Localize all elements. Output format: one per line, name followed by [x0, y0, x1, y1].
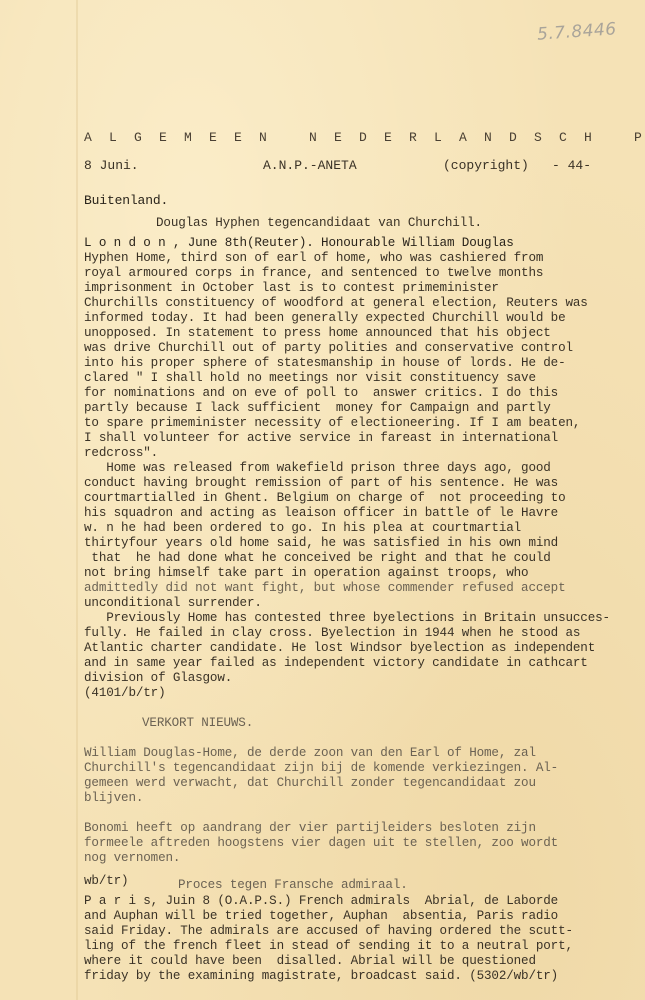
handwritten-archive-number: 5.7.8446 [537, 19, 618, 45]
text-line: William Douglas-Home, de derde zoon van … [84, 746, 536, 761]
page-number: - 44- [552, 158, 591, 173]
text-line: clared " I shall hold no meetings nor vi… [84, 371, 536, 386]
text-line: unopposed. In statement to press home an… [84, 326, 551, 341]
document-page: 5.7.8446 A L G E M E E N N E D E R L A N… [0, 0, 645, 1000]
text-line: and in same year failed as independent v… [84, 656, 588, 671]
text-line: admittedly did not want fight, but whose… [84, 581, 566, 596]
text-line: where it could have been disalled. Abria… [84, 954, 536, 969]
text-line: royal armoured corps in france, and sent… [84, 266, 543, 281]
text-line: Churchills constituency of woodford at g… [84, 296, 588, 311]
text-line: imprisonment in October last is to conte… [84, 281, 499, 296]
text-line: for nominations and on eve of poll to an… [84, 386, 558, 401]
text-line: Bonomi heeft op aandrang der vier partij… [84, 821, 536, 836]
text-line: redcross". [84, 446, 158, 461]
text-line: conduct having brought remission of part… [84, 476, 558, 491]
text-line: formeele aftreden hoogstens vier dagen u… [84, 836, 558, 851]
text-line: Home was released from wakefield prison … [84, 461, 551, 476]
text-line: Churchill's tegencandidaat zijn bij de k… [84, 761, 558, 776]
text-line: Atlantic charter candidate. He lost Wind… [84, 641, 595, 656]
text-line: his squadron and acting as leaison offic… [84, 506, 558, 521]
text-line: thirtyfour years old home said, he was s… [84, 536, 558, 551]
text-line: I shall volunteer for active service in … [84, 431, 558, 446]
text-line: division of Glasgow. [84, 671, 232, 686]
text-line: partly because I lack sufficient money f… [84, 401, 551, 416]
article1-title: Douglas Hyphen tegencandidaat van Church… [156, 216, 482, 231]
text-line: not bring himself take part in operation… [84, 566, 528, 581]
text-line: unconditional surrender. [84, 596, 262, 611]
text-line: into his proper sphere of statesmanship … [84, 356, 566, 371]
text-line: fully. He failed in clay cross. Byelecti… [84, 626, 580, 641]
bulletin-date: 8 Juni. [84, 158, 139, 173]
article2-title: Proces tegen Fransche admiraal. [178, 878, 408, 893]
bulletin-source: A.N.P.-ANETA [263, 158, 357, 173]
paper-fold [76, 0, 78, 1000]
text-line: said Friday. The admirals are accused of… [84, 924, 573, 939]
text-line: Hyphen Home, third son of earl of home, … [84, 251, 543, 266]
text-line: and Auphan will be tried together, Aupha… [84, 909, 558, 924]
text-line: to spare primeminister necessity of elec… [84, 416, 580, 431]
copyright-label: (copyright) [443, 158, 529, 173]
section-label: Buitenland. [84, 193, 168, 208]
text-line: w. n he had been ordered to go. In his p… [84, 521, 521, 536]
text-line: nog vernomen. [84, 851, 180, 866]
text-line: that he had done what he conceived be ri… [84, 551, 551, 566]
text-line: L o n d o n , June 8th(Reuter). Honourab… [84, 236, 514, 251]
agency-heading: A L G E M E E N N E D E R L A N D S C H … [84, 130, 645, 145]
text-line: Previously Home has contested three byel… [84, 611, 610, 626]
text-line: gemeen werd verwacht, dat Churchill zond… [84, 776, 536, 791]
text-line: was drive Churchill out of party politie… [84, 341, 573, 356]
article2-prefix: wb/tr) [84, 874, 128, 889]
text-line: ling of the french fleet in stead of sen… [84, 939, 573, 954]
text-line: informed today. It had been generally ex… [84, 311, 566, 326]
text-line: blijven. [84, 791, 143, 806]
verkort-nieuws-title: VERKORT NIEUWS. [142, 716, 253, 731]
text-line: courtmartialled in Ghent. Belgium on cha… [84, 491, 566, 506]
text-line: friday by the examining magistrate, broa… [84, 969, 558, 984]
article1-reference: (4101/b/tr) [84, 686, 165, 701]
text-line: P a r i s, Juin 8 (O.A.P.S.) French admi… [84, 894, 558, 909]
